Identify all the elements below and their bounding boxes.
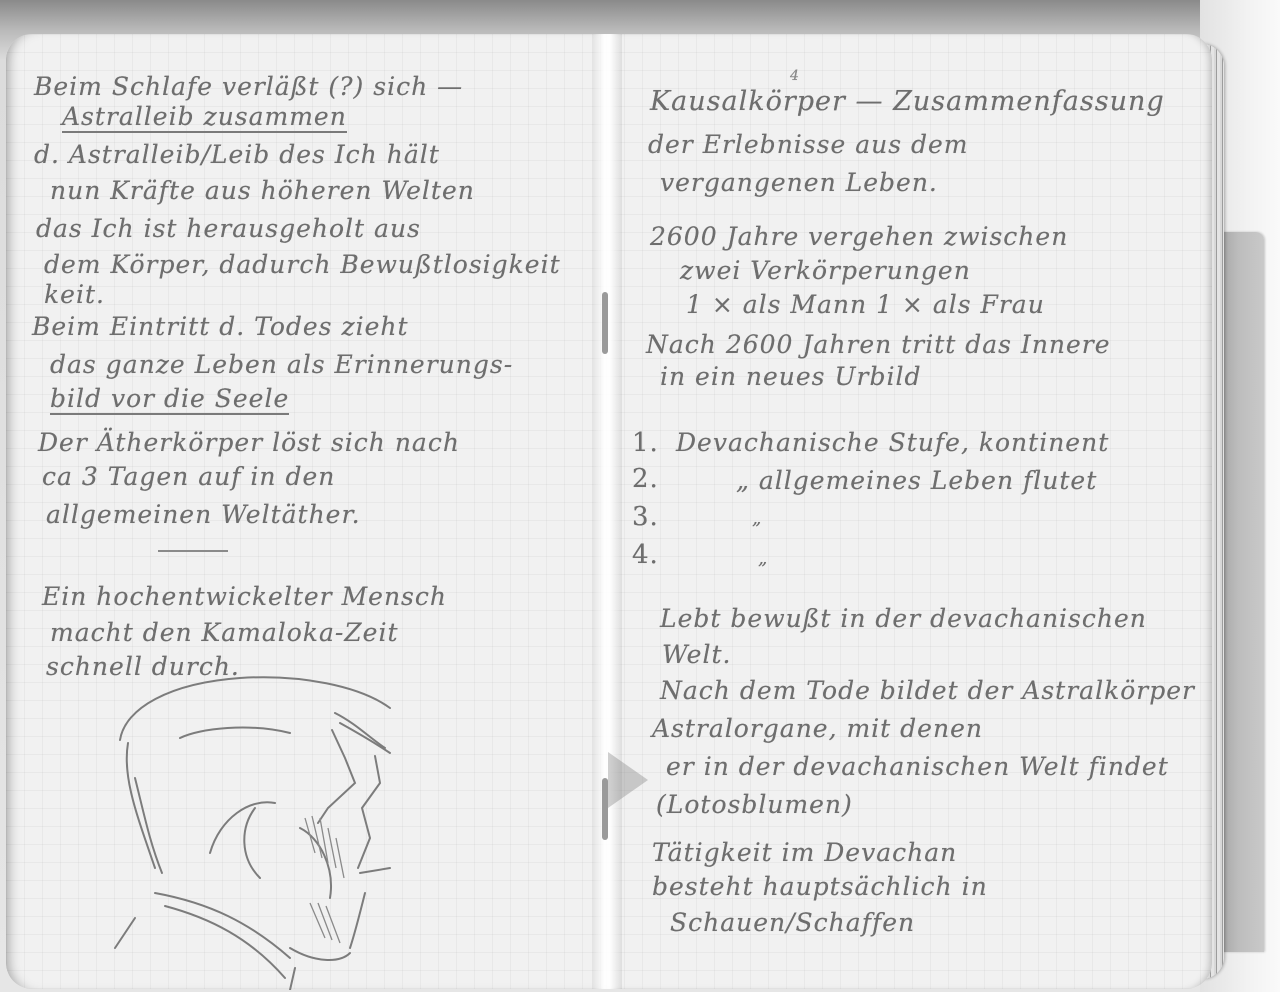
handwritten-line: der Erlebnisse aus dem [648,130,968,159]
handwritten-line: Nach dem Tode bildet der Astralkörper [660,676,1195,705]
page-heading: Kausalkörper — Zusammenfassung [650,86,1165,117]
list-text: „ allgemeines Leben flutet [736,466,1097,495]
list-text: Devachanische Stufe, kontinent [676,428,1109,457]
page-number: 4 [790,68,800,84]
handwritten-line: 1 × als Mann 1 × als Frau [686,290,1045,319]
list-number: 4. [632,540,659,570]
handwritten-line: das Ich ist herausgeholt aus [36,214,421,243]
handwritten-line: Beim Schlafe verläßt (?) sich — [34,72,463,101]
handwritten-line: besteht hauptsächlich in [652,872,988,901]
handwritten-line: ca 3 Tagen auf in den [42,462,335,491]
handwritten-line: Astralorgane, mit denen [652,714,983,743]
handwritten-line: Ein hochentwickelter Mensch [42,582,447,611]
handwritten-line: er in der devachanischen Welt findet [666,752,1169,781]
handwritten-line: Der Ätherkörper löst sich nach [38,428,460,457]
list-number: 3. [632,502,659,532]
handwritten-line: Lebt bewußt in der devachanischen [660,604,1147,633]
handwritten-line: dem Körper, dadurch Bewußtlosigkeit [44,250,561,279]
handwritten-line: allgemeinen Weltäther. [46,500,361,529]
list-text: „ [758,548,768,569]
list-number: 2. [632,464,659,494]
list-number: 1. [632,428,659,458]
handwritten-line: macht den Kamaloka-Zeit [50,618,399,647]
cover-flap [1222,232,1264,952]
binding-stitch [602,292,608,354]
handwritten-line: nun Kräfte aus höheren Welten [50,176,475,205]
handwritten-line: 2600 Jahre vergehen zwischen [650,222,1068,251]
spine-doodle [608,752,648,808]
handwritten-line: Welt. [662,640,731,669]
handwritten-line: in ein neues Urbild [660,362,921,391]
handwritten-line: vergangenen Leben. [660,168,938,197]
handwritten-line: Beim Eintritt d. Todes zieht [32,312,409,341]
handwritten-line: das ganze Leben als Erinnerungs- [50,350,513,379]
pencil-sketch-man-profile [100,668,440,990]
handwritten-line: Schauen/Schaffen [670,908,915,937]
handwritten-line: d. Astralleib/Leib des Ich hält [34,140,440,169]
handwritten-line: Tätigkeit im Devachan [652,838,957,867]
handwritten-line: Nach 2600 Jahren tritt das Innere [646,330,1111,359]
handwritten-line: bild vor die Seele [50,384,289,413]
notebook-spine [592,34,622,989]
handwritten-line: Astralleib zusammen [62,102,347,131]
handwritten-line: zwei Verkörperungen [680,256,971,285]
handwritten-line: (Lotosblumen) [656,790,853,819]
divider-stroke [158,550,228,552]
list-text: „ [752,508,762,529]
handwritten-line: keit. [44,280,105,309]
